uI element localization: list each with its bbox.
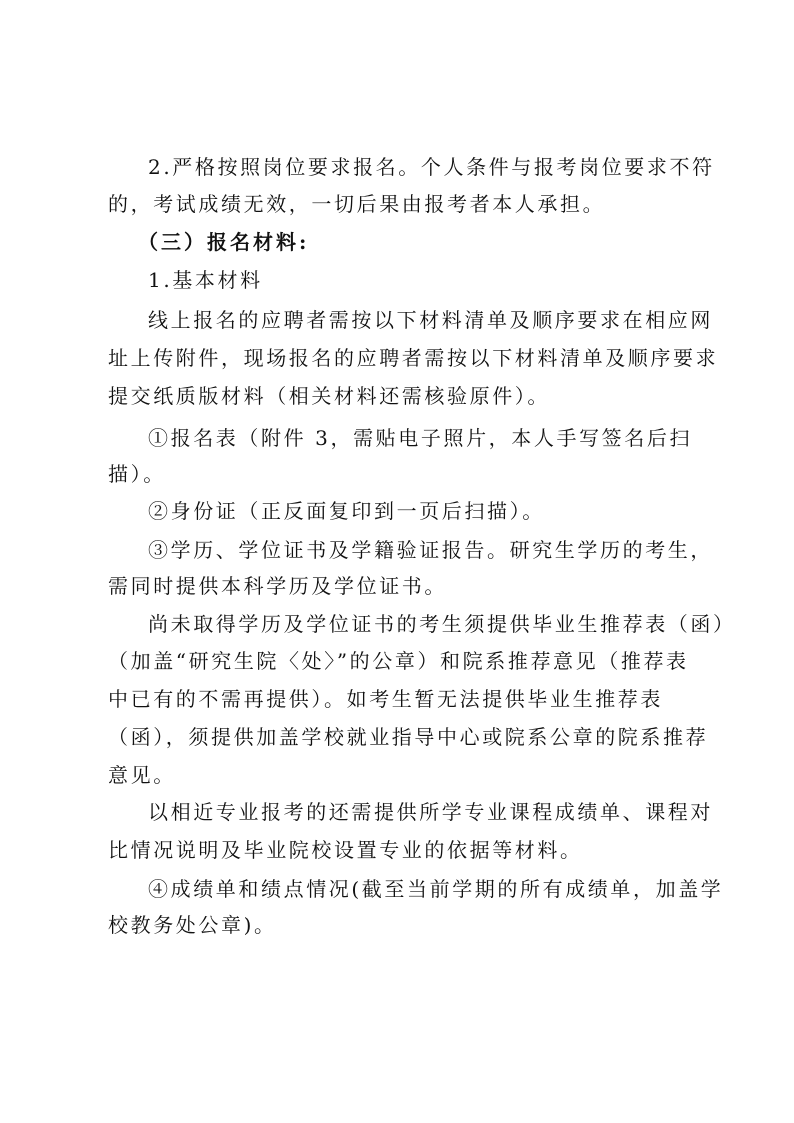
paragraph-pending-graduates-line-4: （函），须提供加盖学校就业指导中心或院系公章的院系推荐 bbox=[108, 724, 698, 750]
paragraph-strict-requirement-line-1: 2.严格按照岗位要求报名。个人条件与报考岗位要求不符 bbox=[148, 154, 738, 180]
paragraph-upload-instructions-line-1: 线上报名的应聘者需按以下材料清单及顺序要求在相应网 bbox=[148, 307, 738, 333]
item-registration-form-line-1: ①报名表（附件 3，需贴电子照片，本人手写签名后扫 bbox=[148, 425, 738, 451]
document-page: 2.严格按照岗位要求报名。个人条件与报考岗位要求不符 的，考试成绩无效，一切后果… bbox=[0, 0, 794, 1123]
subheading-basic-materials: 1.基本材料 bbox=[148, 267, 738, 293]
paragraph-pending-graduates-line-3: 中已有的不需再提供）。如考生暂无法提供毕业生推荐表 bbox=[108, 686, 698, 712]
paragraph-upload-instructions-line-2: 址上传附件，现场报名的应聘者需按以下材料清单及顺序要求 bbox=[108, 345, 698, 371]
paragraph-related-major-line-1: 以相近专业报考的还需提供所学专业课程成绩单、课程对 bbox=[148, 799, 738, 825]
paragraph-upload-instructions-line-3: 提交纸质版材料（相关材料还需核验原件）。 bbox=[108, 383, 698, 409]
item-registration-form-line-2: 描）。 bbox=[108, 461, 698, 487]
paragraph-related-major-line-2: 比情况说明及毕业院校设置专业的依据等材料。 bbox=[108, 837, 698, 863]
item-degree-certificates-line-1: ③学历、学位证书及学籍验证报告。研究生学历的考生， bbox=[148, 537, 738, 563]
paragraph-strict-requirement-line-2: 的，考试成绩无效，一切后果由报考者本人承担。 bbox=[108, 191, 698, 217]
item-degree-certificates-line-2: 需同时提供本科学历及学位证书。 bbox=[108, 573, 698, 599]
item-transcripts-line-1: ④成绩单和绩点情况(截至当前学期的所有成绩单，加盖学 bbox=[148, 876, 738, 902]
item-id-card: ②身份证（正反面复印到一页后扫描）。 bbox=[148, 498, 738, 524]
paragraph-pending-graduates-line-1: 尚未取得学历及学位证书的考生须提供毕业生推荐表（函） bbox=[148, 611, 738, 637]
item-transcripts-line-2: 校教务处公章)。 bbox=[108, 912, 698, 938]
paragraph-pending-graduates-line-2: （加盖“研究生院〈处〉”的公章）和院系推荐意见（推荐表 bbox=[108, 648, 698, 674]
paragraph-pending-graduates-line-5: 意见。 bbox=[108, 762, 698, 788]
section-heading-registration-materials: （三）报名材料: bbox=[138, 229, 728, 255]
